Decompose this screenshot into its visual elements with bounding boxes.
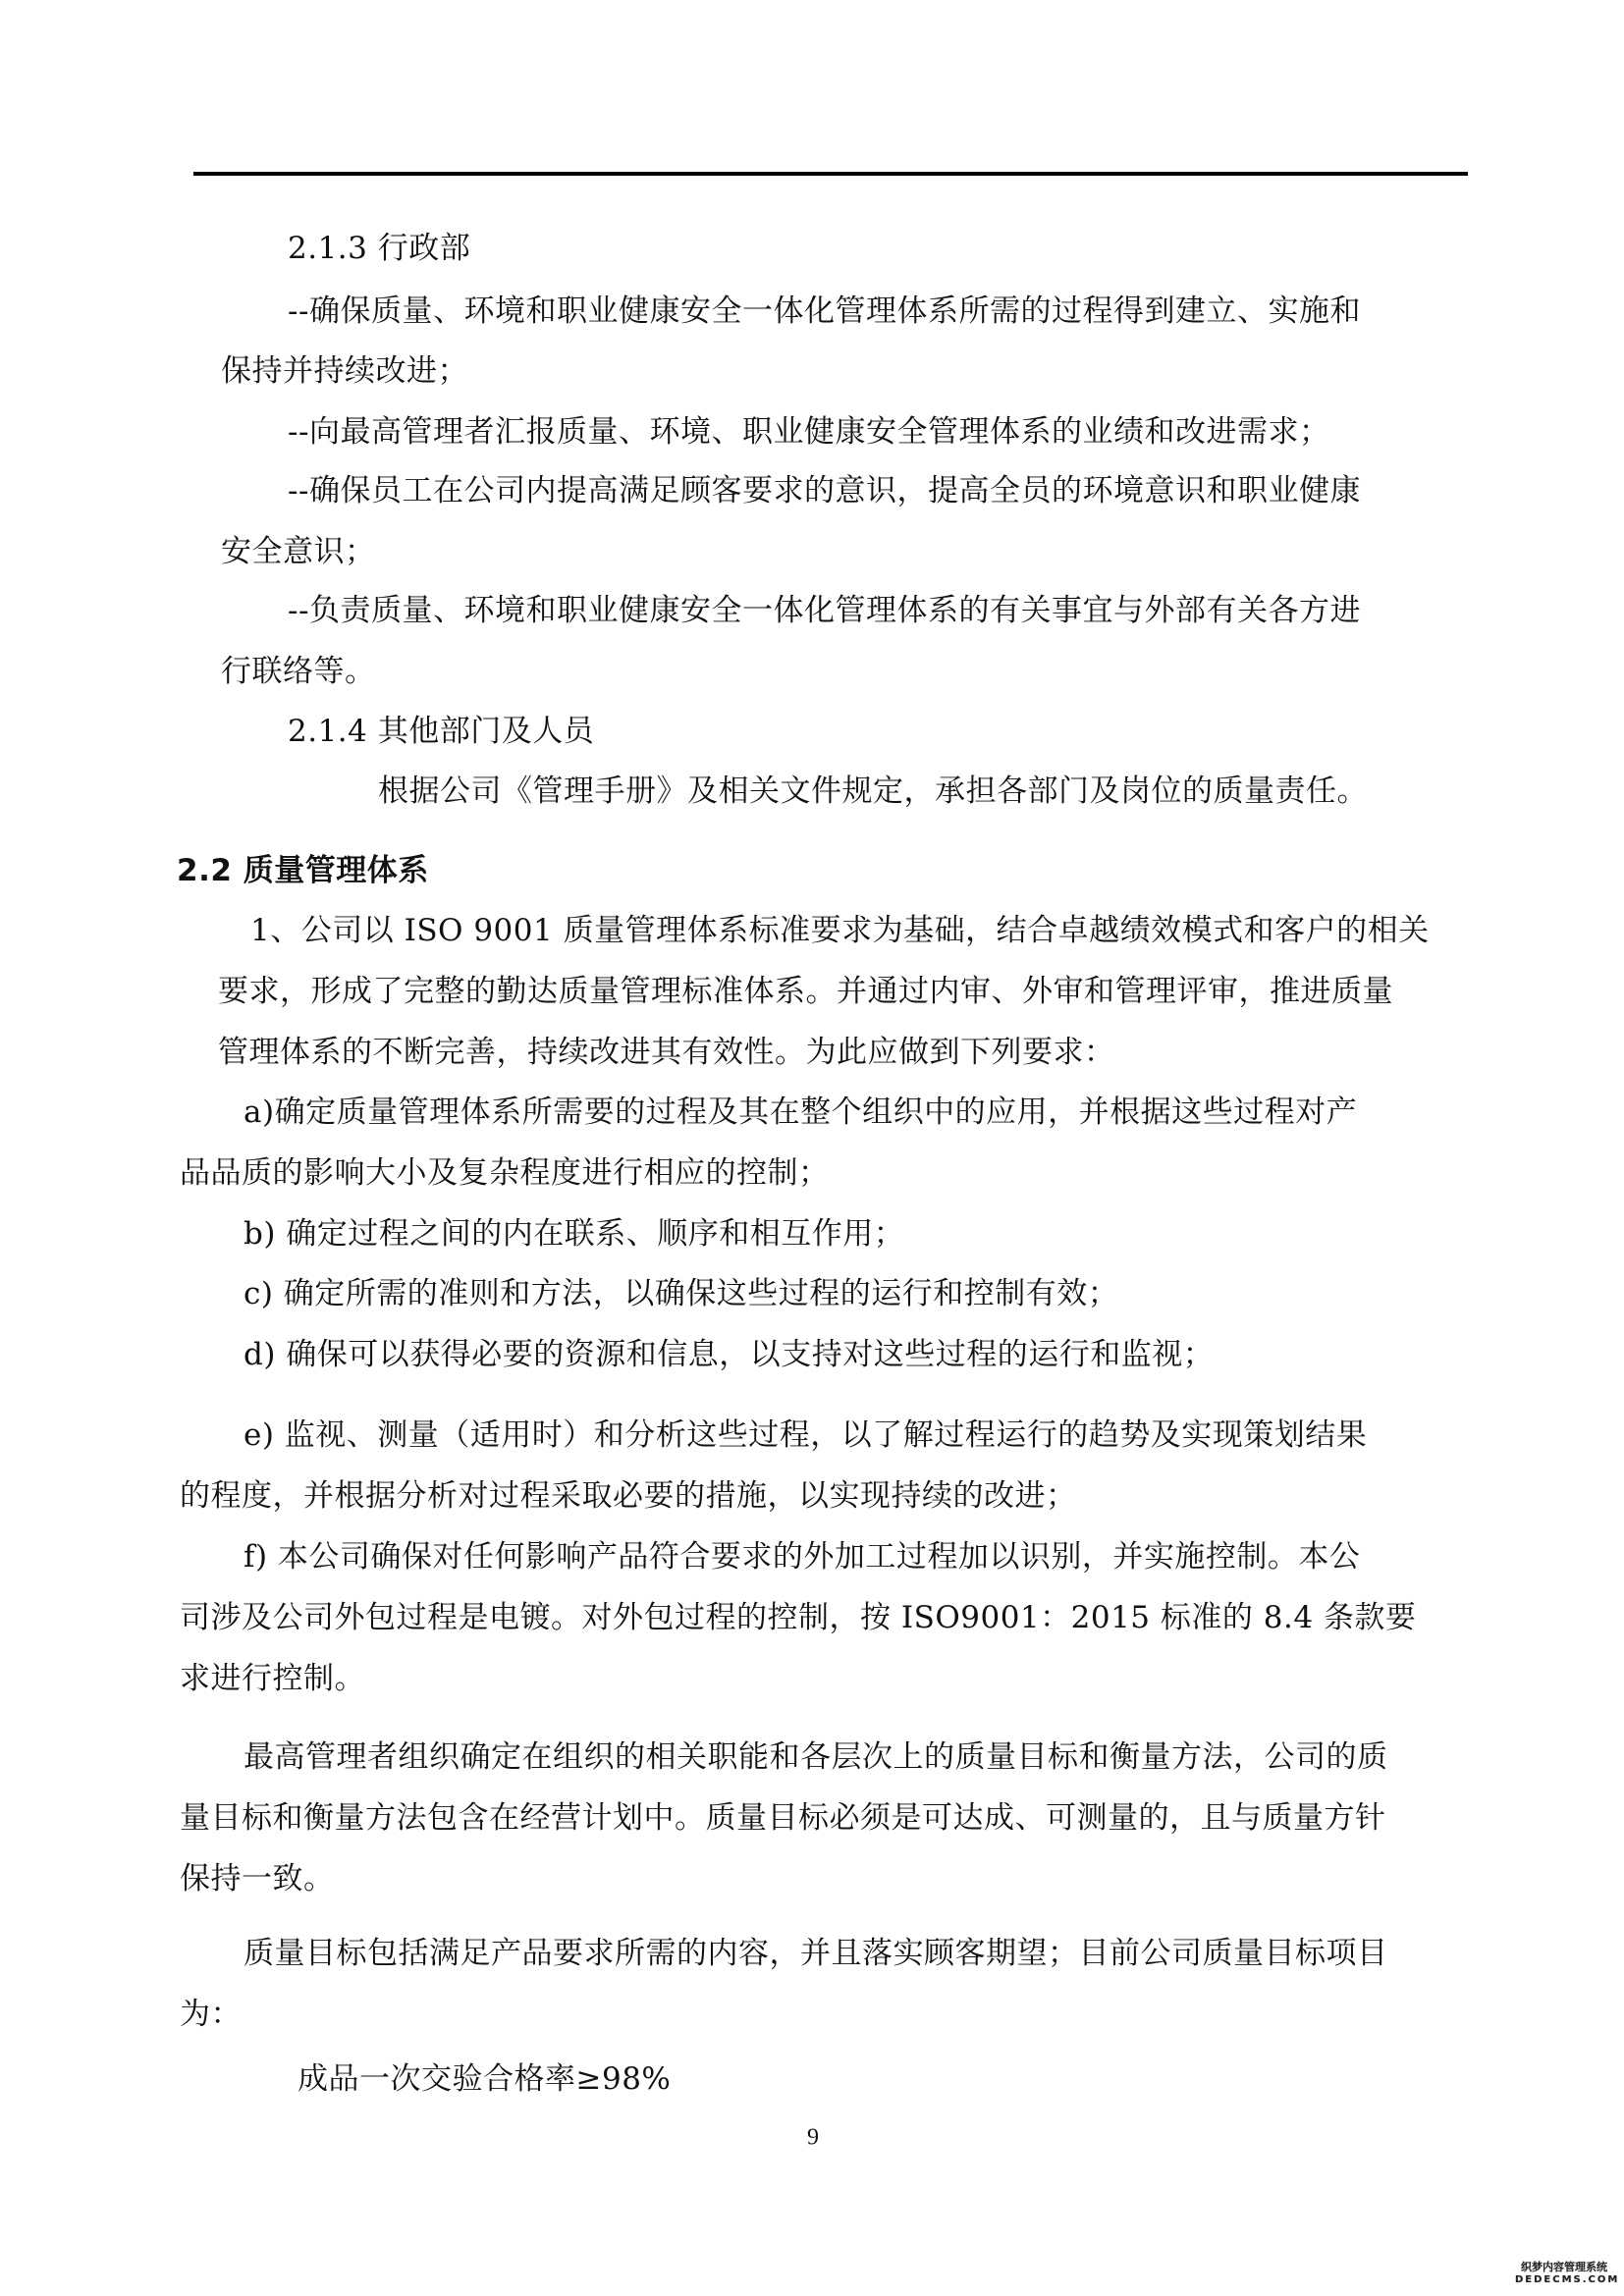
text-line: 保持并持续改进；	[221, 351, 468, 391]
text-line: 品品质的影响大小及复杂程度进行相应的控制；	[180, 1153, 830, 1193]
text-line: 成品一次交验合格率≥98%	[298, 2059, 671, 2099]
text-line: 1、公司以 ISO 9001 质量管理体系标准要求为基础，结合卓越绩效模式和客户…	[250, 911, 1430, 950]
header-rule	[193, 172, 1468, 176]
watermark-line2: DEDECMS.COM	[1515, 2273, 1613, 2286]
subsection-heading: 2.1.4 其他部门及人员	[288, 712, 594, 751]
text-line: 保持一致。	[180, 1859, 335, 1898]
watermark: 织梦内容管理系统 DEDECMS.COM	[1515, 2261, 1613, 2286]
text-line: 求进行控制。	[180, 1659, 365, 1698]
text-line: f) 本公司确保对任何影响产品符合要求的外加工过程加以识别，并实施控制。本公	[244, 1537, 1360, 1576]
text-line: --向最高管理者汇报质量、环境、职业健康安全管理体系的业绩和改进需求；	[288, 412, 1329, 452]
text-line: d) 确保可以获得必要的资源和信息，以支持对这些过程的运行和监视；	[244, 1335, 1214, 1374]
text-line: 为：	[180, 1995, 242, 2034]
text-line: c) 确定所需的准则和方法，以确保这些过程的运行和控制有效；	[244, 1274, 1118, 1313]
text-line: --确保员工在公司内提高满足顾客要求的意识，提高全员的环境意识和职业健康	[288, 471, 1361, 510]
text-line: --负责质量、环境和职业健康安全一体化管理体系的有关事宜与外部有关各方进	[288, 591, 1361, 630]
page-number: 9	[807, 2125, 819, 2152]
watermark-line1: 织梦内容管理系统	[1515, 2261, 1613, 2273]
text-line: --确保质量、环境和职业健康安全一体化管理体系所需的过程得到建立、实施和	[288, 292, 1361, 331]
text-line: 的程度，并根据分析对过程采取必要的措施，以实现持续的改进；	[180, 1476, 1077, 1516]
text-line: 最高管理者组织确定在组织的相关职能和各层次上的质量目标和衡量方法，公司的质	[244, 1737, 1388, 1777]
text-line: 根据公司《管理手册》及相关文件规定，承担各部门及岗位的质量责任。	[378, 772, 1368, 811]
section-heading: 2.2 质量管理体系	[177, 851, 429, 890]
text-line: 管理体系的不断完善，持续改进其有效性。为此应做到下列要求：	[218, 1033, 1115, 1072]
text-line: 质量目标包括满足产品要求所需的内容，并且落实顾客期望；目前公司质量目标项目	[244, 1934, 1388, 1973]
text-line: e) 监视、测量（适用时）和分析这些过程，以了解过程运行的趋势及实现策划结果	[244, 1415, 1367, 1455]
subsection-heading: 2.1.3 行政部	[288, 229, 470, 268]
text-line: 安全意识；	[221, 532, 376, 571]
text-line: b) 确定过程之间的内在联系、顺序和相互作用；	[244, 1214, 904, 1254]
text-line: 司涉及公司外包过程是电镀。对外包过程的控制，按 ISO9001：2015 标准的…	[180, 1598, 1416, 1637]
text-line: 要求，形成了完整的勤达质量管理标准体系。并通过内审、外审和管理评审，推进质量	[218, 972, 1393, 1011]
text-line: a)确定质量管理体系所需要的过程及其在整个组织中的应用，并根据这些过程对产	[244, 1093, 1357, 1132]
text-line: 行联络等。	[221, 652, 376, 691]
text-line: 量目标和衡量方法包含在经营计划中。质量目标必须是可达成、可测量的，且与质量方针	[180, 1798, 1386, 1838]
